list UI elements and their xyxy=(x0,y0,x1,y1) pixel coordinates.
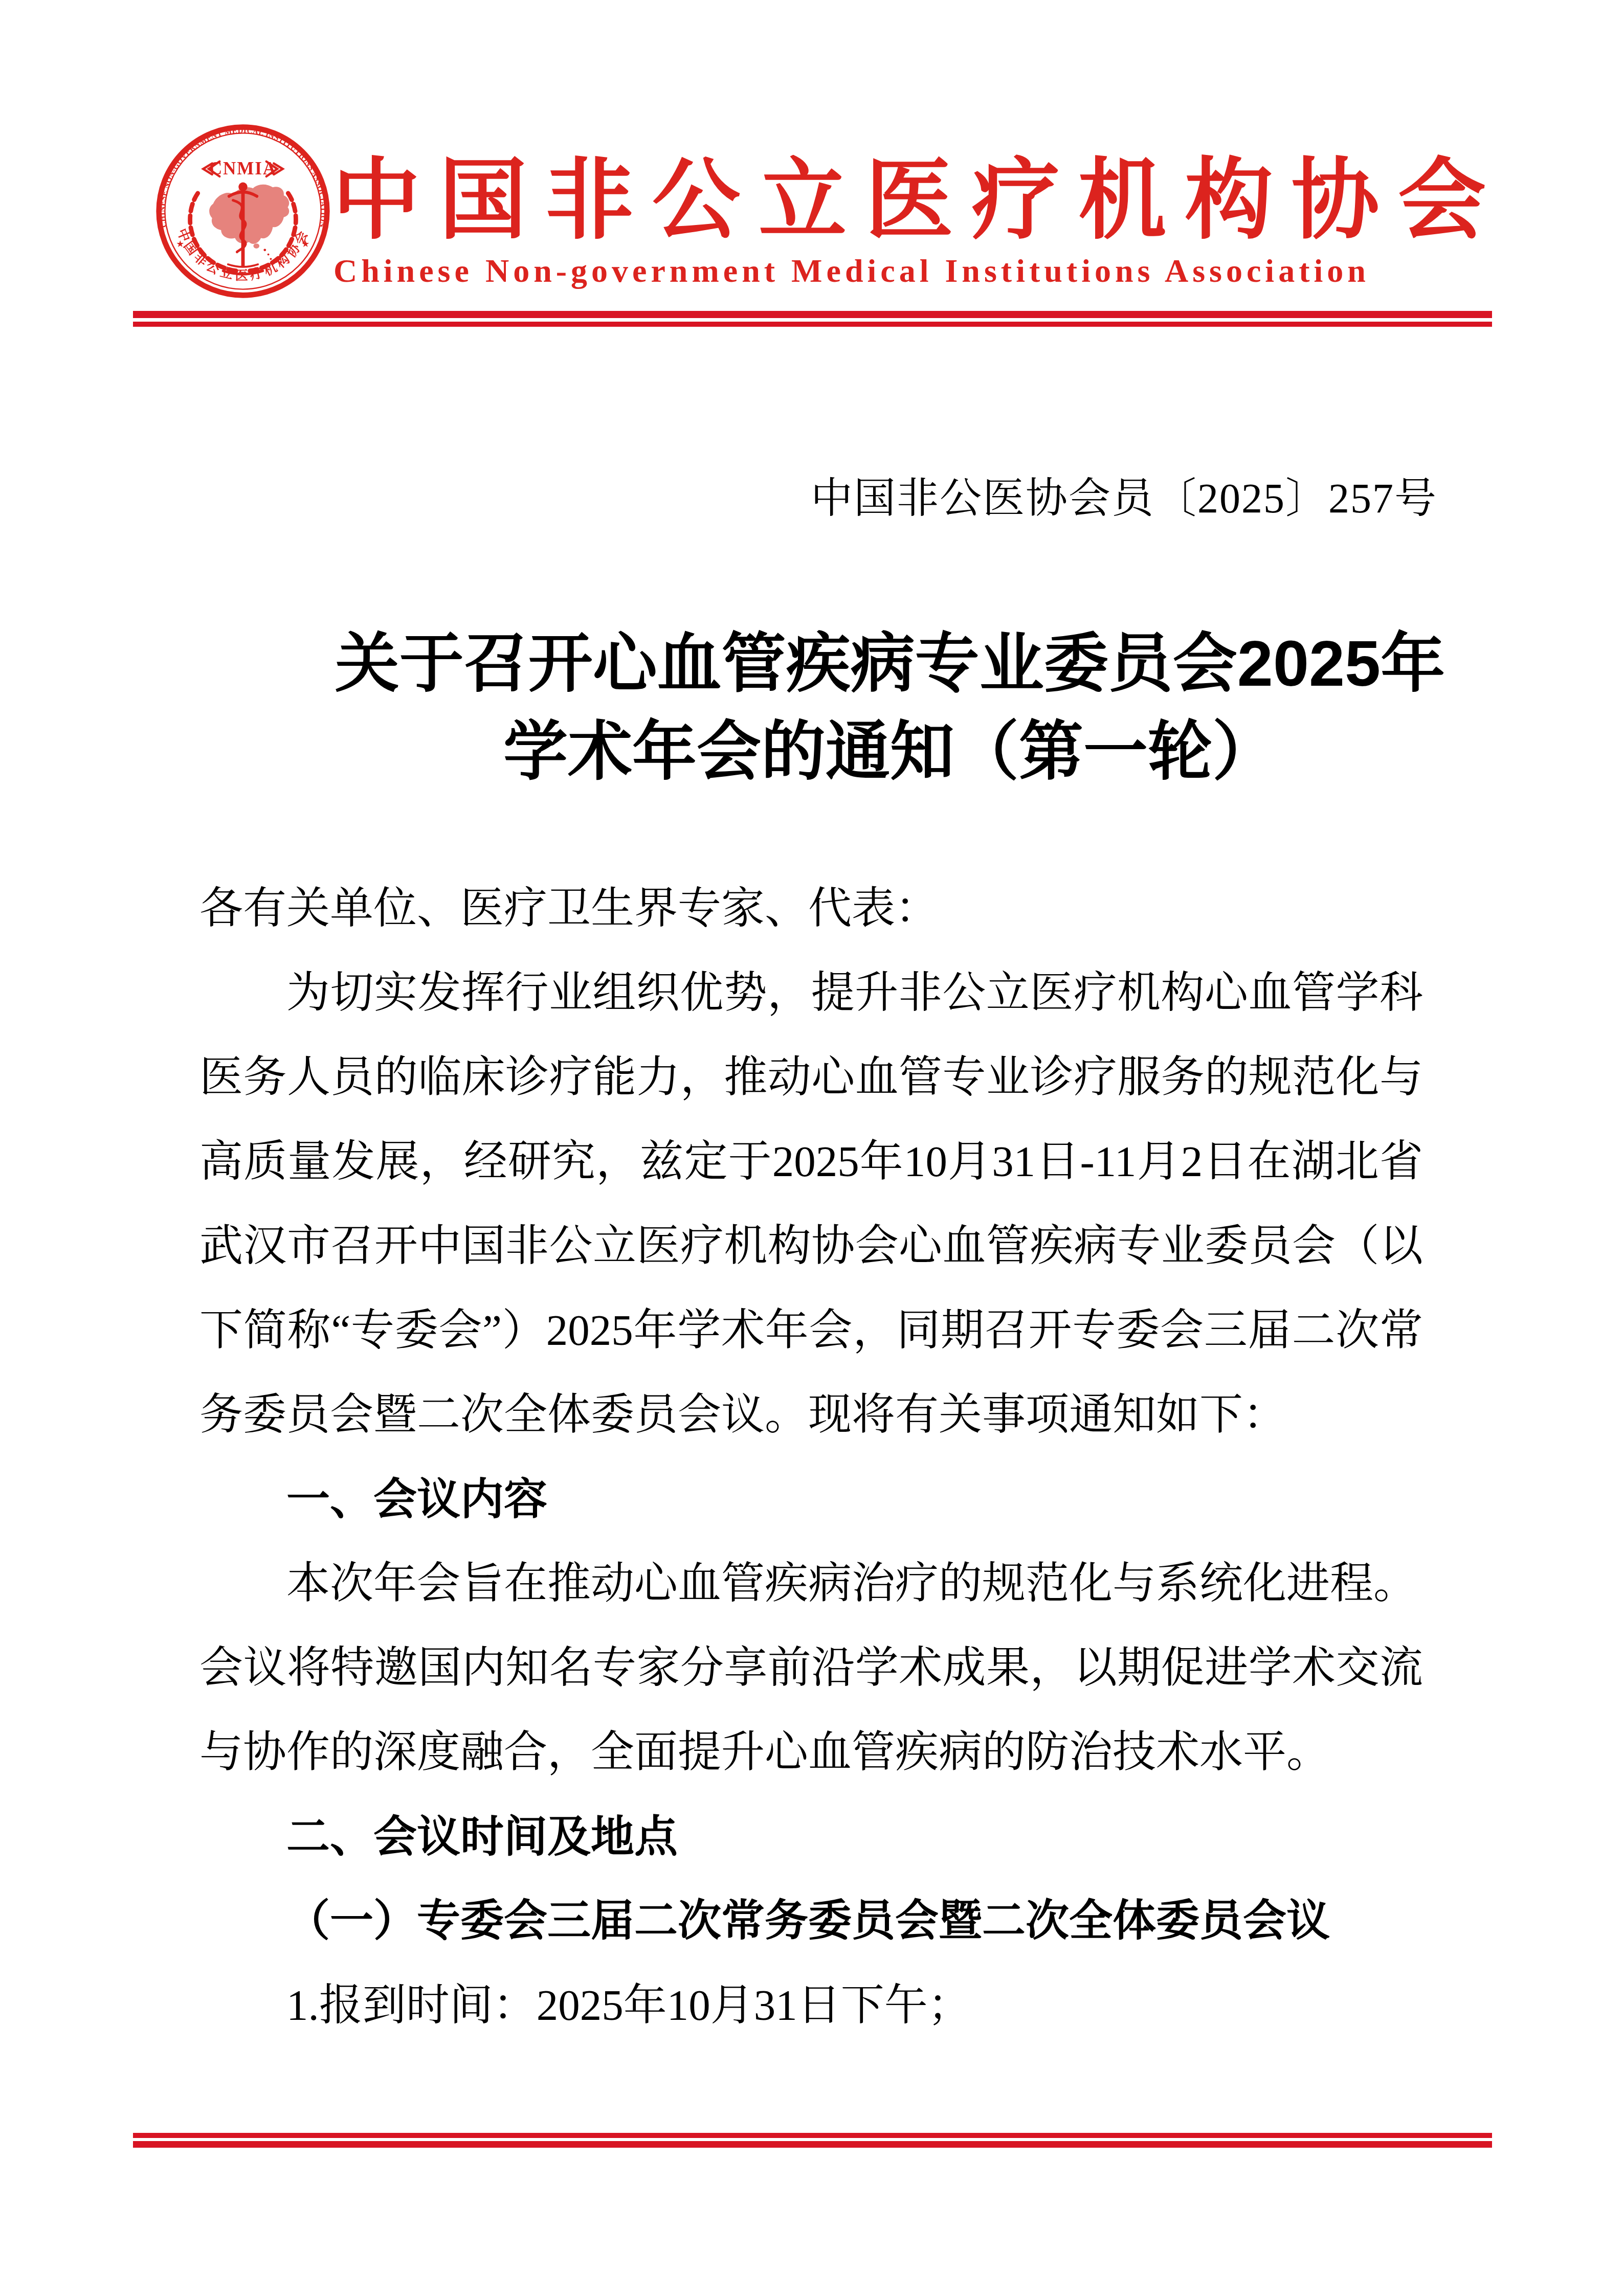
header-rule-thin xyxy=(133,322,1492,327)
association-seal-logo: CHINESE NON-GOVERNMENT MEDICAL INSTITUTI… xyxy=(153,122,332,301)
notice-title-line2-main: 学术年会的通知 xyxy=(503,715,954,787)
footer-rule-thick xyxy=(133,2141,1492,2148)
notice-title-round-label: （第一轮） xyxy=(954,717,1277,788)
footer-rule-thin xyxy=(133,2133,1492,2138)
paragraph-line: 务委员会暨二次全体委员会议。现将有关事项通知如下： xyxy=(199,1373,1423,1457)
document-page: CHINESE NON-GOVERNMENT MEDICAL INSTITUTI… xyxy=(0,0,1624,2296)
org-name-en: Chinese Non-government Medical Instituti… xyxy=(333,251,1489,291)
paragraph-line: 高质量发展，经研究，兹定于2025年10月31日-11月2日在湖北省 xyxy=(199,1120,1423,1204)
paragraph-line: 会议将特邀国内知名专家分享前沿学术成果，以期促进学术交流 xyxy=(199,1626,1423,1710)
subsection-heading: （一）专委会三届二次常务委员会暨二次全体委员会议 xyxy=(199,1879,1423,1964)
salutation-line: 各有关单位、医疗卫生界专家、代表： xyxy=(199,867,1423,951)
paragraph-line: 为切实发挥行业组织优势，提升非公立医疗机构心血管学科 xyxy=(199,951,1423,1036)
section-heading-2: 二、会议时间及地点 xyxy=(199,1795,1423,1879)
notice-title-line2: 学术年会的通知（第一轮） xyxy=(182,708,1598,797)
seal-star-right-icon: ★ xyxy=(301,239,310,249)
notice-body: 各有关单位、医疗卫生界专家、代表： 为切实发挥行业组织优势，提升非公立医疗机构心… xyxy=(199,867,1423,2048)
notice-title: 关于召开心血管疾病专业委员会2025年 学术年会的通知（第一轮） xyxy=(182,620,1598,797)
document-number: 中国非公医协会员〔2025〕257号 xyxy=(811,476,1437,522)
org-name-cn: 中国非公立医疗机构协会 xyxy=(332,152,1486,250)
paragraph-line: 下简称“专委会”）2025年学术年会，同期召开专委会三届二次常 xyxy=(199,1289,1423,1373)
section-heading-1: 一、会议内容 xyxy=(199,1457,1423,1542)
notice-title-line1: 关于召开心血管疾病专业委员会2025年 xyxy=(182,620,1598,708)
paragraph-line: 武汉市召开中国非公立医疗机构协会心血管疾病专业委员会（以 xyxy=(199,1204,1423,1289)
paragraph-line: 1.报到时间：2025年10月31日下午； xyxy=(199,1964,1423,2048)
header-rule-thick xyxy=(133,311,1492,318)
paragraph-line: 与协作的深度融合，全面提升心血管疾病的防治技术水平。 xyxy=(199,1710,1423,1795)
seal-star-left-icon: ★ xyxy=(176,239,185,249)
paragraph-line: 医务人员的临床诊疗能力，推动心血管专业诊疗服务的规范化与 xyxy=(199,1036,1423,1120)
paragraph-line: 本次年会旨在推动心血管疾病治疗的规范化与系统化进程。 xyxy=(199,1542,1423,1626)
